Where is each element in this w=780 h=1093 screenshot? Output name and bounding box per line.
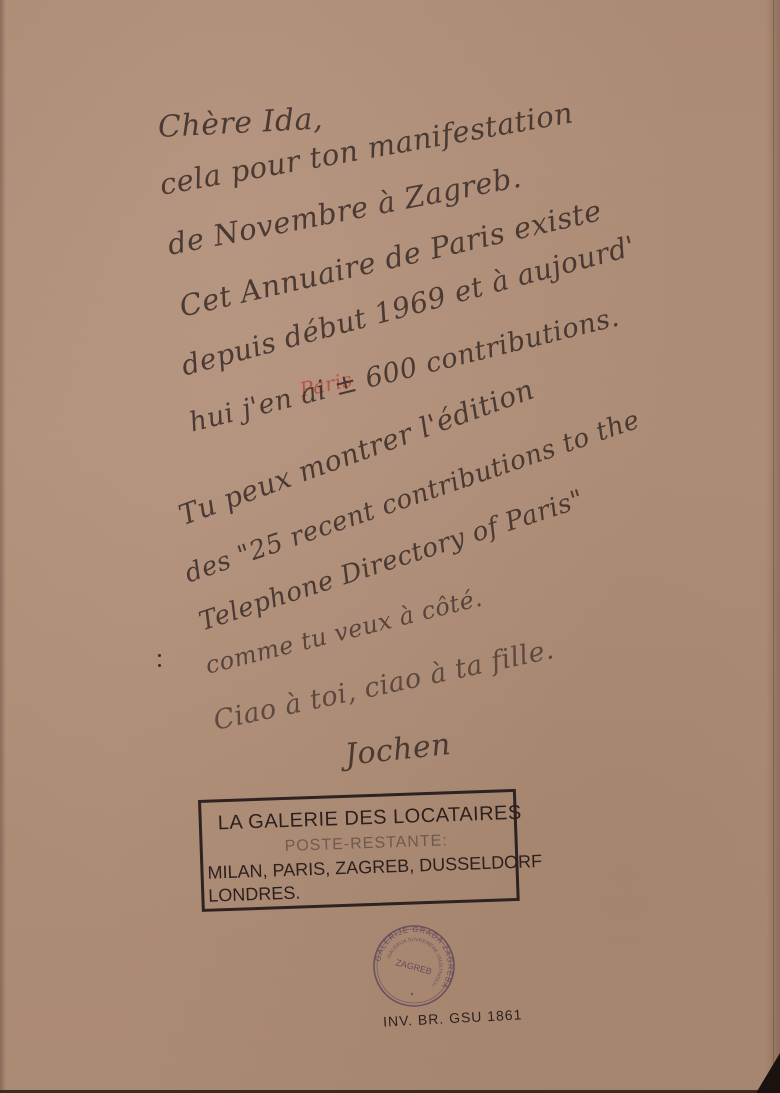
paper-fold-line <box>773 0 774 1093</box>
stamp-poste-restante: POSTE-RESTANTE: <box>284 832 448 856</box>
paper-left-edge <box>0 0 6 1093</box>
stamp-cities: MILAN, PARIS, ZAGREB, DUSSELDORF <box>207 851 542 884</box>
stamp-gallery-name: LA GALERIE DES LOCATAIRES <box>217 802 522 836</box>
stamp-londres: LONDRES. <box>208 882 301 906</box>
colon-mark <box>158 654 162 672</box>
museum-round-stamp: GALERIJE GRADA ZAGREBA GALERIJA SUVREMEN… <box>372 924 456 1008</box>
svg-text:ZAGREB: ZAGREB <box>395 957 433 976</box>
gallery-rubber-stamp: LA GALERIE DES LOCATAIRES POSTE-RESTANTE… <box>198 789 520 912</box>
torn-corner <box>756 1053 780 1093</box>
svg-text:GALERIJE GRADA ZAGREBA: GALERIJE GRADA ZAGREBA <box>373 925 455 991</box>
